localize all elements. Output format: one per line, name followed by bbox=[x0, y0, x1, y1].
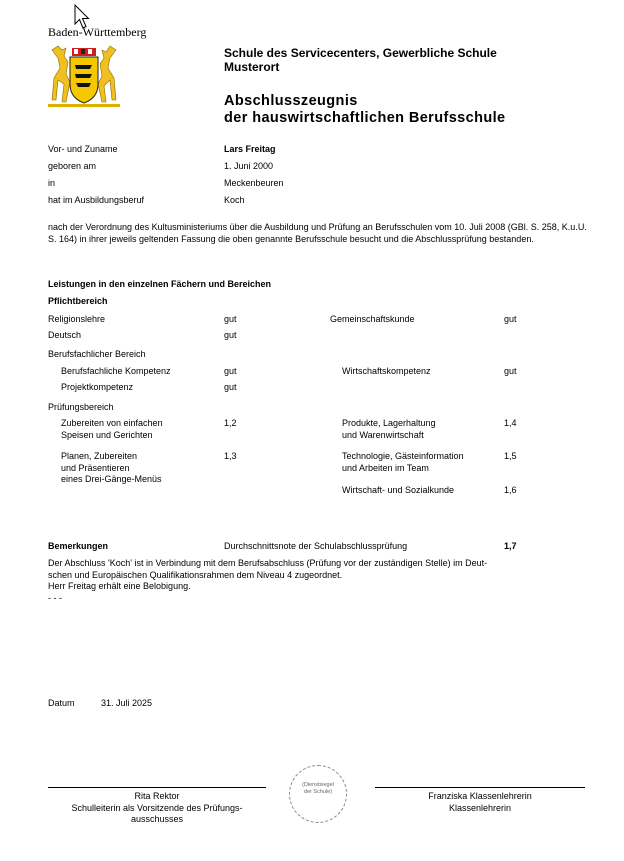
exam-heading: Prüfungsbereich bbox=[48, 402, 114, 412]
right-signature-block: Franziska Klassenlehrerin Klassenlehreri… bbox=[375, 791, 585, 814]
seal-text: (Dienstsiegel der Schule) bbox=[290, 782, 346, 796]
performance-heading: Leistungen in den einzelnen Fächern und … bbox=[48, 279, 271, 289]
right-signer-name: Franziska Klassenlehrerin bbox=[375, 791, 585, 803]
name-value: Lars Freitag bbox=[224, 144, 276, 154]
birthplace-label: in bbox=[48, 178, 55, 188]
left-signer-role-line1: Schulleiterin als Vorsitzende des Prüfun… bbox=[48, 803, 266, 815]
grade-religionslehre: gut bbox=[224, 314, 237, 324]
subject-line: Speisen und Gerichten bbox=[61, 430, 163, 442]
subject-line: Produkte, Lagerhaltung bbox=[342, 418, 436, 430]
grade-exam-4: 1,5 bbox=[504, 451, 517, 461]
state-label: Baden-Württemberg bbox=[48, 25, 146, 40]
subject-line: und Warenwirtschaft bbox=[342, 430, 436, 442]
grade-wirtschaftskompetenz: gut bbox=[504, 366, 517, 376]
subject-exam-3: Produkte, Lagerhaltung und Warenwirtscha… bbox=[342, 418, 436, 441]
subject-gemeinschaftskunde: Gemeinschaftskunde bbox=[330, 314, 415, 324]
right-signature-line bbox=[375, 787, 585, 788]
title-line1: Abschlusszeugnis bbox=[224, 93, 506, 110]
school-name: Schule des Servicecenters, Gewerbliche S… bbox=[224, 46, 497, 74]
grade-exam-5: 1,6 bbox=[504, 485, 517, 495]
birthdate-label: geboren am bbox=[48, 161, 96, 171]
right-signer-role: Klassenlehrerin bbox=[375, 803, 585, 815]
subject-wirtschaftskompetenz: Wirtschaftskompetenz bbox=[342, 366, 431, 376]
left-signer-name: Rita Rektor bbox=[48, 791, 266, 803]
left-signer-role-line2: ausschusses bbox=[48, 814, 266, 826]
intro-paragraph: nach der Verordnung des Kultusministeriu… bbox=[48, 222, 588, 245]
birthdate-value: 1. Juni 2000 bbox=[224, 161, 273, 171]
remarks-text: Der Abschluss 'Koch' ist in Verbindung m… bbox=[48, 558, 588, 604]
left-signature-line bbox=[48, 787, 266, 788]
average-value: 1,7 bbox=[504, 541, 517, 551]
grade-deutsch: gut bbox=[224, 330, 237, 340]
name-label: Vor- und Zuname bbox=[48, 144, 118, 154]
subject-line: Zubereiten von einfachen bbox=[61, 418, 163, 430]
birthplace-value: Meckenbeuren bbox=[224, 178, 284, 188]
date-value: 31. Juli 2025 bbox=[101, 698, 152, 708]
subject-exam-5: Wirtschaft- und Sozialkunde bbox=[342, 485, 454, 495]
subject-line: Technologie, Gästeinformation bbox=[342, 451, 464, 463]
remarks-line: Der Abschluss 'Koch' ist in Verbindung m… bbox=[48, 558, 588, 570]
mouse-cursor-icon bbox=[74, 4, 94, 30]
grade-exam-3: 1,4 bbox=[504, 418, 517, 428]
grade-exam-1: 1,2 bbox=[224, 418, 237, 428]
date-label: Datum bbox=[48, 698, 75, 708]
subject-exam-4: Technologie, Gästeinformation und Arbeit… bbox=[342, 451, 464, 474]
subject-deutsch: Deutsch bbox=[48, 330, 81, 340]
vocational-heading: Berufsfachlicher Bereich bbox=[48, 349, 146, 359]
subject-religionslehre: Religionslehre bbox=[48, 314, 105, 324]
subject-line: Planen, Zubereiten bbox=[61, 451, 162, 463]
school-name-line1: Schule des Servicecenters, Gewerbliche S… bbox=[224, 46, 497, 60]
left-signature-block: Rita Rektor Schulleiterin als Vorsitzend… bbox=[48, 791, 266, 826]
remarks-line: - - - bbox=[48, 593, 588, 605]
school-name-line2: Musterort bbox=[224, 60, 497, 74]
grade-projektkompetenz: gut bbox=[224, 382, 237, 392]
occupation-label: hat im Ausbildungsberuf bbox=[48, 195, 144, 205]
title-line2: der hauswirtschaftlichen Berufsschule bbox=[224, 110, 506, 127]
occupation-value: Koch bbox=[224, 195, 245, 205]
subject-exam-2: Planen, Zubereiten und Präsentieren eine… bbox=[61, 451, 162, 486]
grade-exam-2: 1,3 bbox=[224, 451, 237, 461]
subject-line: und Präsentieren bbox=[61, 463, 162, 475]
grade-gemeinschaftskunde: gut bbox=[504, 314, 517, 324]
mandatory-heading: Pflichtbereich bbox=[48, 296, 108, 306]
remarks-line: schen und Europäischen Qualifikationsrah… bbox=[48, 570, 588, 582]
subject-line: eines Drei-Gänge-Menüs bbox=[61, 474, 162, 486]
remarks-heading: Bemerkungen bbox=[48, 541, 108, 551]
document-title: Abschlusszeugnis der hauswirtschaftliche… bbox=[224, 93, 506, 127]
remarks-line: Herr Freitag erhält eine Belobigung. bbox=[48, 581, 588, 593]
coat-of-arms-icon bbox=[48, 40, 120, 110]
average-label: Durchschnittsnote der Schulabschlussprüf… bbox=[224, 541, 407, 551]
subject-exam-1: Zubereiten von einfachen Speisen und Ger… bbox=[61, 418, 163, 441]
subject-berufsfachliche-kompetenz: Berufsfachliche Kompetenz bbox=[61, 366, 171, 376]
subject-projektkompetenz: Projektkompetenz bbox=[61, 382, 133, 392]
grade-berufsfachliche-kompetenz: gut bbox=[224, 366, 237, 376]
subject-line: und Arbeiten im Team bbox=[342, 463, 464, 475]
school-seal-placeholder: (Dienstsiegel der Schule) bbox=[289, 765, 347, 823]
